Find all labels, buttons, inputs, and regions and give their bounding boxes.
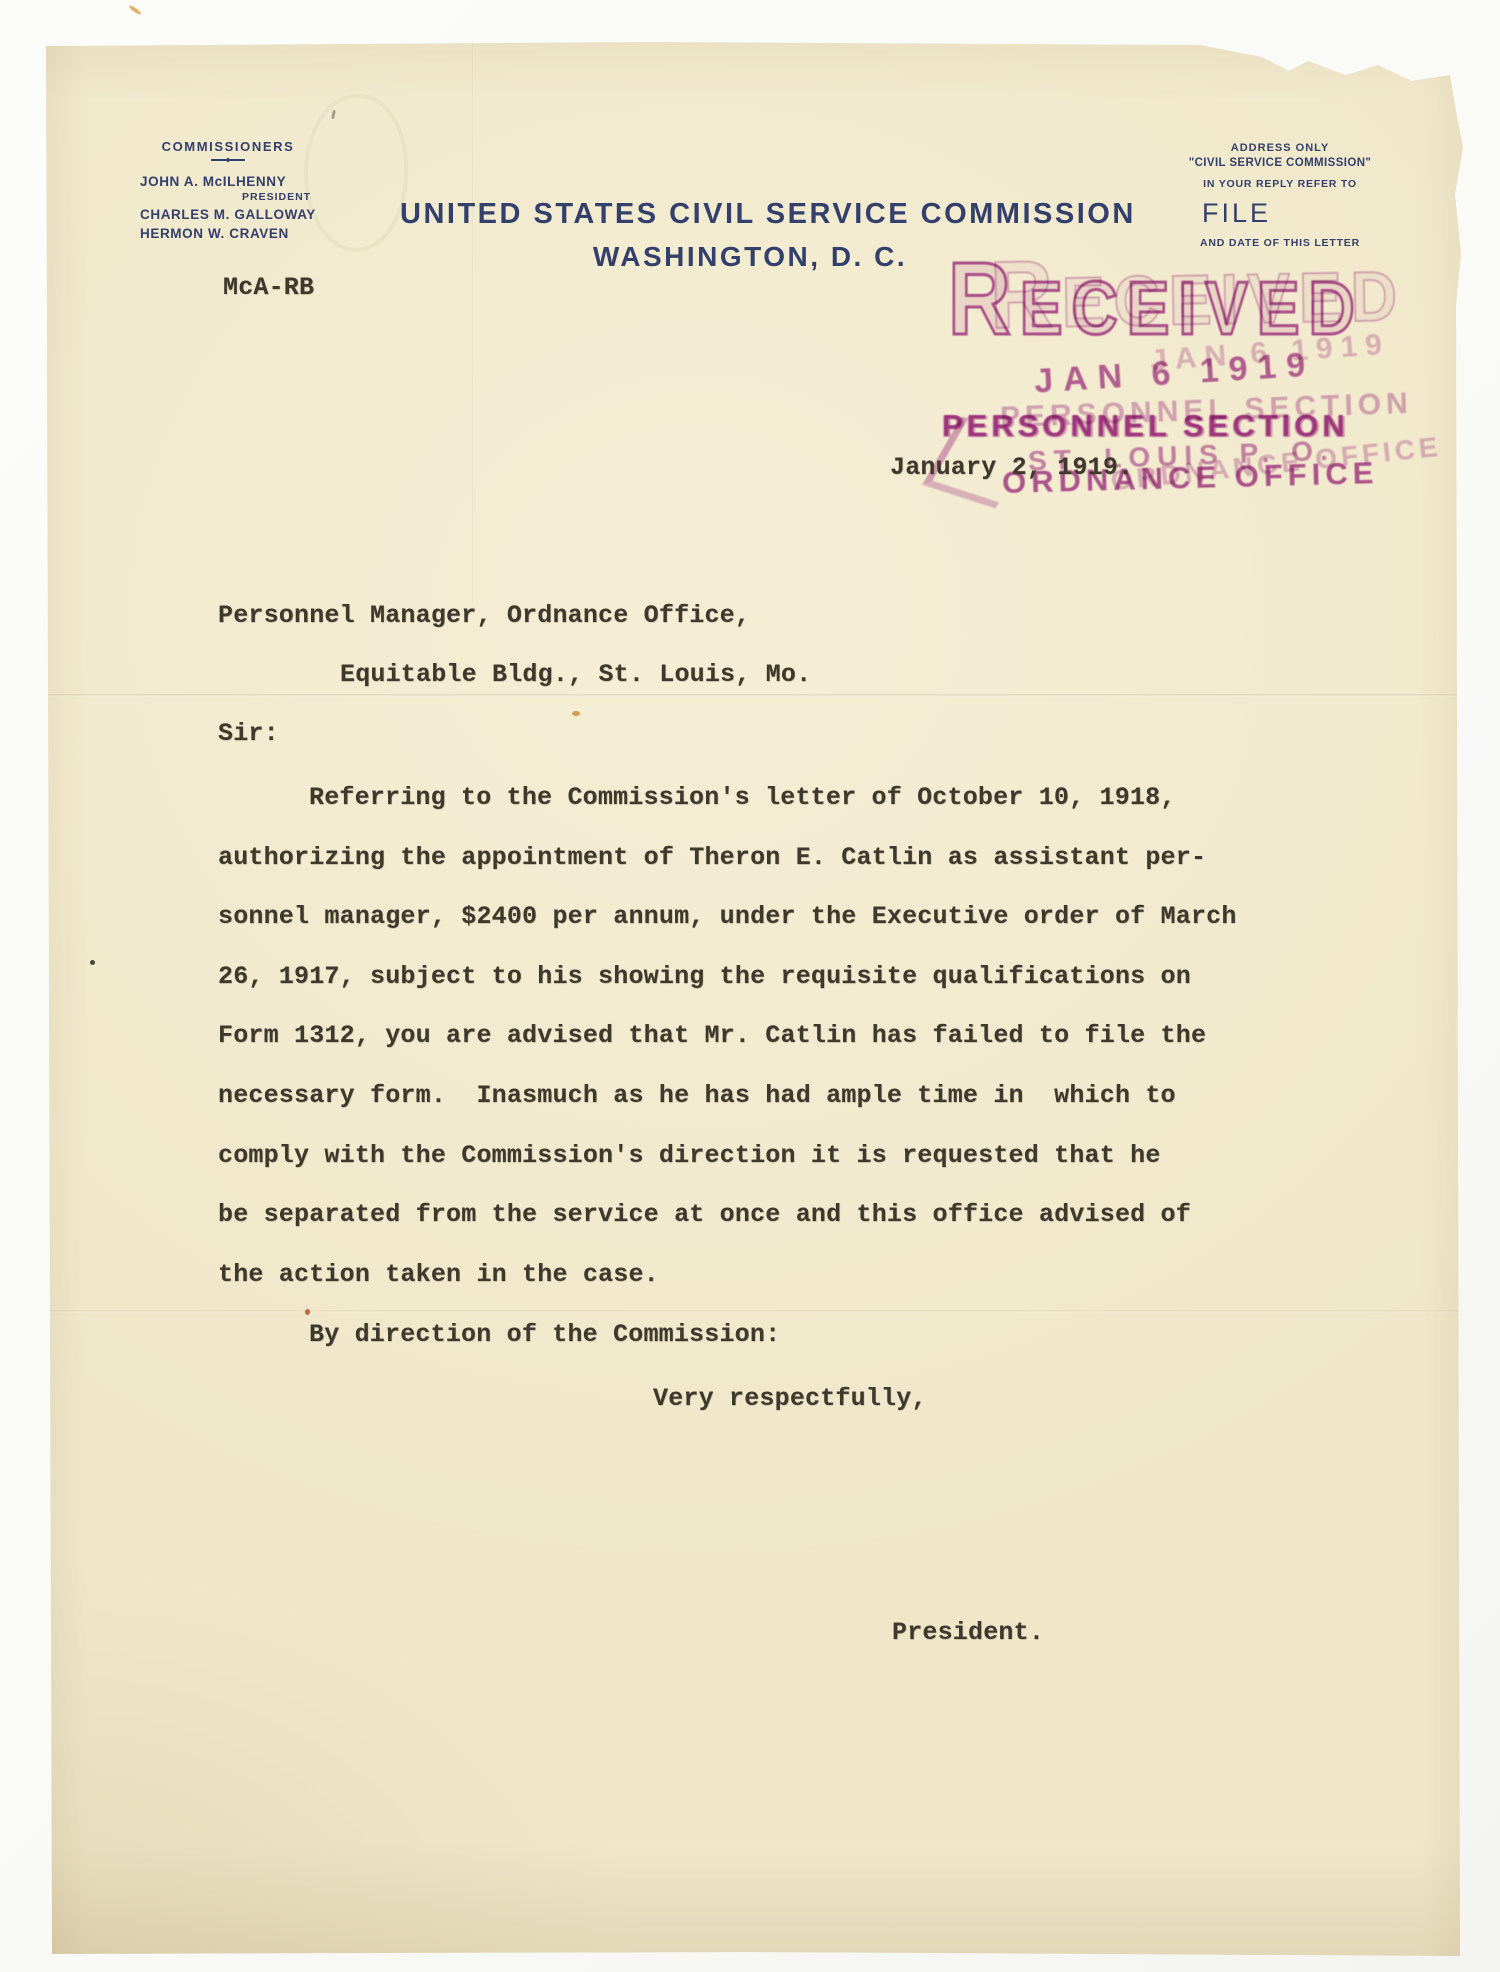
date-line: January 2, 1919. — [890, 453, 1133, 482]
body-line: be separated from the service at once an… — [218, 1200, 1191, 1229]
address-note-block: ADDRESS ONLY "CIVIL SERVICE COMMISSION" … — [1180, 142, 1380, 249]
address-note-line: ADDRESS ONLY — [1180, 142, 1380, 154]
embossed-watermark — [304, 94, 408, 252]
fold-crease-upper — [46, 694, 1463, 697]
scan-background: COMMISSIONERS JOHN A. McILHENNY PRESIDEN… — [0, 0, 1500, 1972]
file-label: FILE — [1180, 198, 1380, 229]
body-line: 26, 1917, subject to his showing the req… — [218, 962, 1191, 991]
recipient-line: Equitable Bldg., St. Louis, Mo. — [340, 660, 811, 689]
body-line: comply with the Commission's direction i… — [218, 1141, 1161, 1170]
commissioners-block: COMMISSIONERS JOHN A. McILHENNY PRESIDEN… — [140, 139, 316, 241]
letter-page: COMMISSIONERS JOHN A. McILHENNY PRESIDEN… — [46, 42, 1463, 1956]
address-note-line: IN YOUR REPLY REFER TO — [1180, 178, 1380, 190]
salutation: Sir: — [218, 719, 279, 748]
signature-title: President. — [892, 1618, 1044, 1647]
fold-crease-lower — [46, 1310, 1463, 1313]
closing-direction: By direction of the Commission: — [309, 1320, 780, 1349]
closing-salutation: Very respectfully, — [653, 1384, 927, 1413]
body-line: the action taken in the case. — [218, 1260, 659, 1289]
reference-code: McA-RB — [223, 273, 314, 302]
red-fleck — [305, 1309, 310, 1315]
body-line: necessary form. Inasmuch as he has had a… — [218, 1081, 1176, 1110]
body-line: Referring to the Commission's letter of … — [218, 783, 1176, 812]
commissioner-name: HERMON W. CRAVEN — [140, 226, 316, 241]
paper-fleck — [128, 4, 142, 15]
commissioner-name: CHARLES M. GALLOWAY — [140, 207, 316, 222]
recipient-line: Personnel Manager, Ordnance Office, — [218, 601, 750, 630]
ink-dot — [90, 960, 95, 965]
body-line: Form 1312, you are advised that Mr. Catl… — [218, 1021, 1206, 1050]
stain-speck — [572, 711, 580, 716]
address-note-line: "CIVIL SERVICE COMMISSION" — [1180, 157, 1380, 169]
ornament-divider — [211, 159, 245, 166]
letterhead-title: UNITED STATES CIVIL SERVICE COMMISSION — [400, 198, 1100, 231]
vertical-crease — [472, 42, 474, 602]
president-label: PRESIDENT — [242, 191, 316, 203]
commissioner-name: JOHN A. McILHENNY — [140, 174, 316, 189]
body-line: authorizing the appointment of Theron E.… — [218, 843, 1206, 872]
body-line: sonnel manager, $2400 per annum, under t… — [218, 902, 1237, 931]
commissioners-heading: COMMISSIONERS — [140, 139, 316, 154]
